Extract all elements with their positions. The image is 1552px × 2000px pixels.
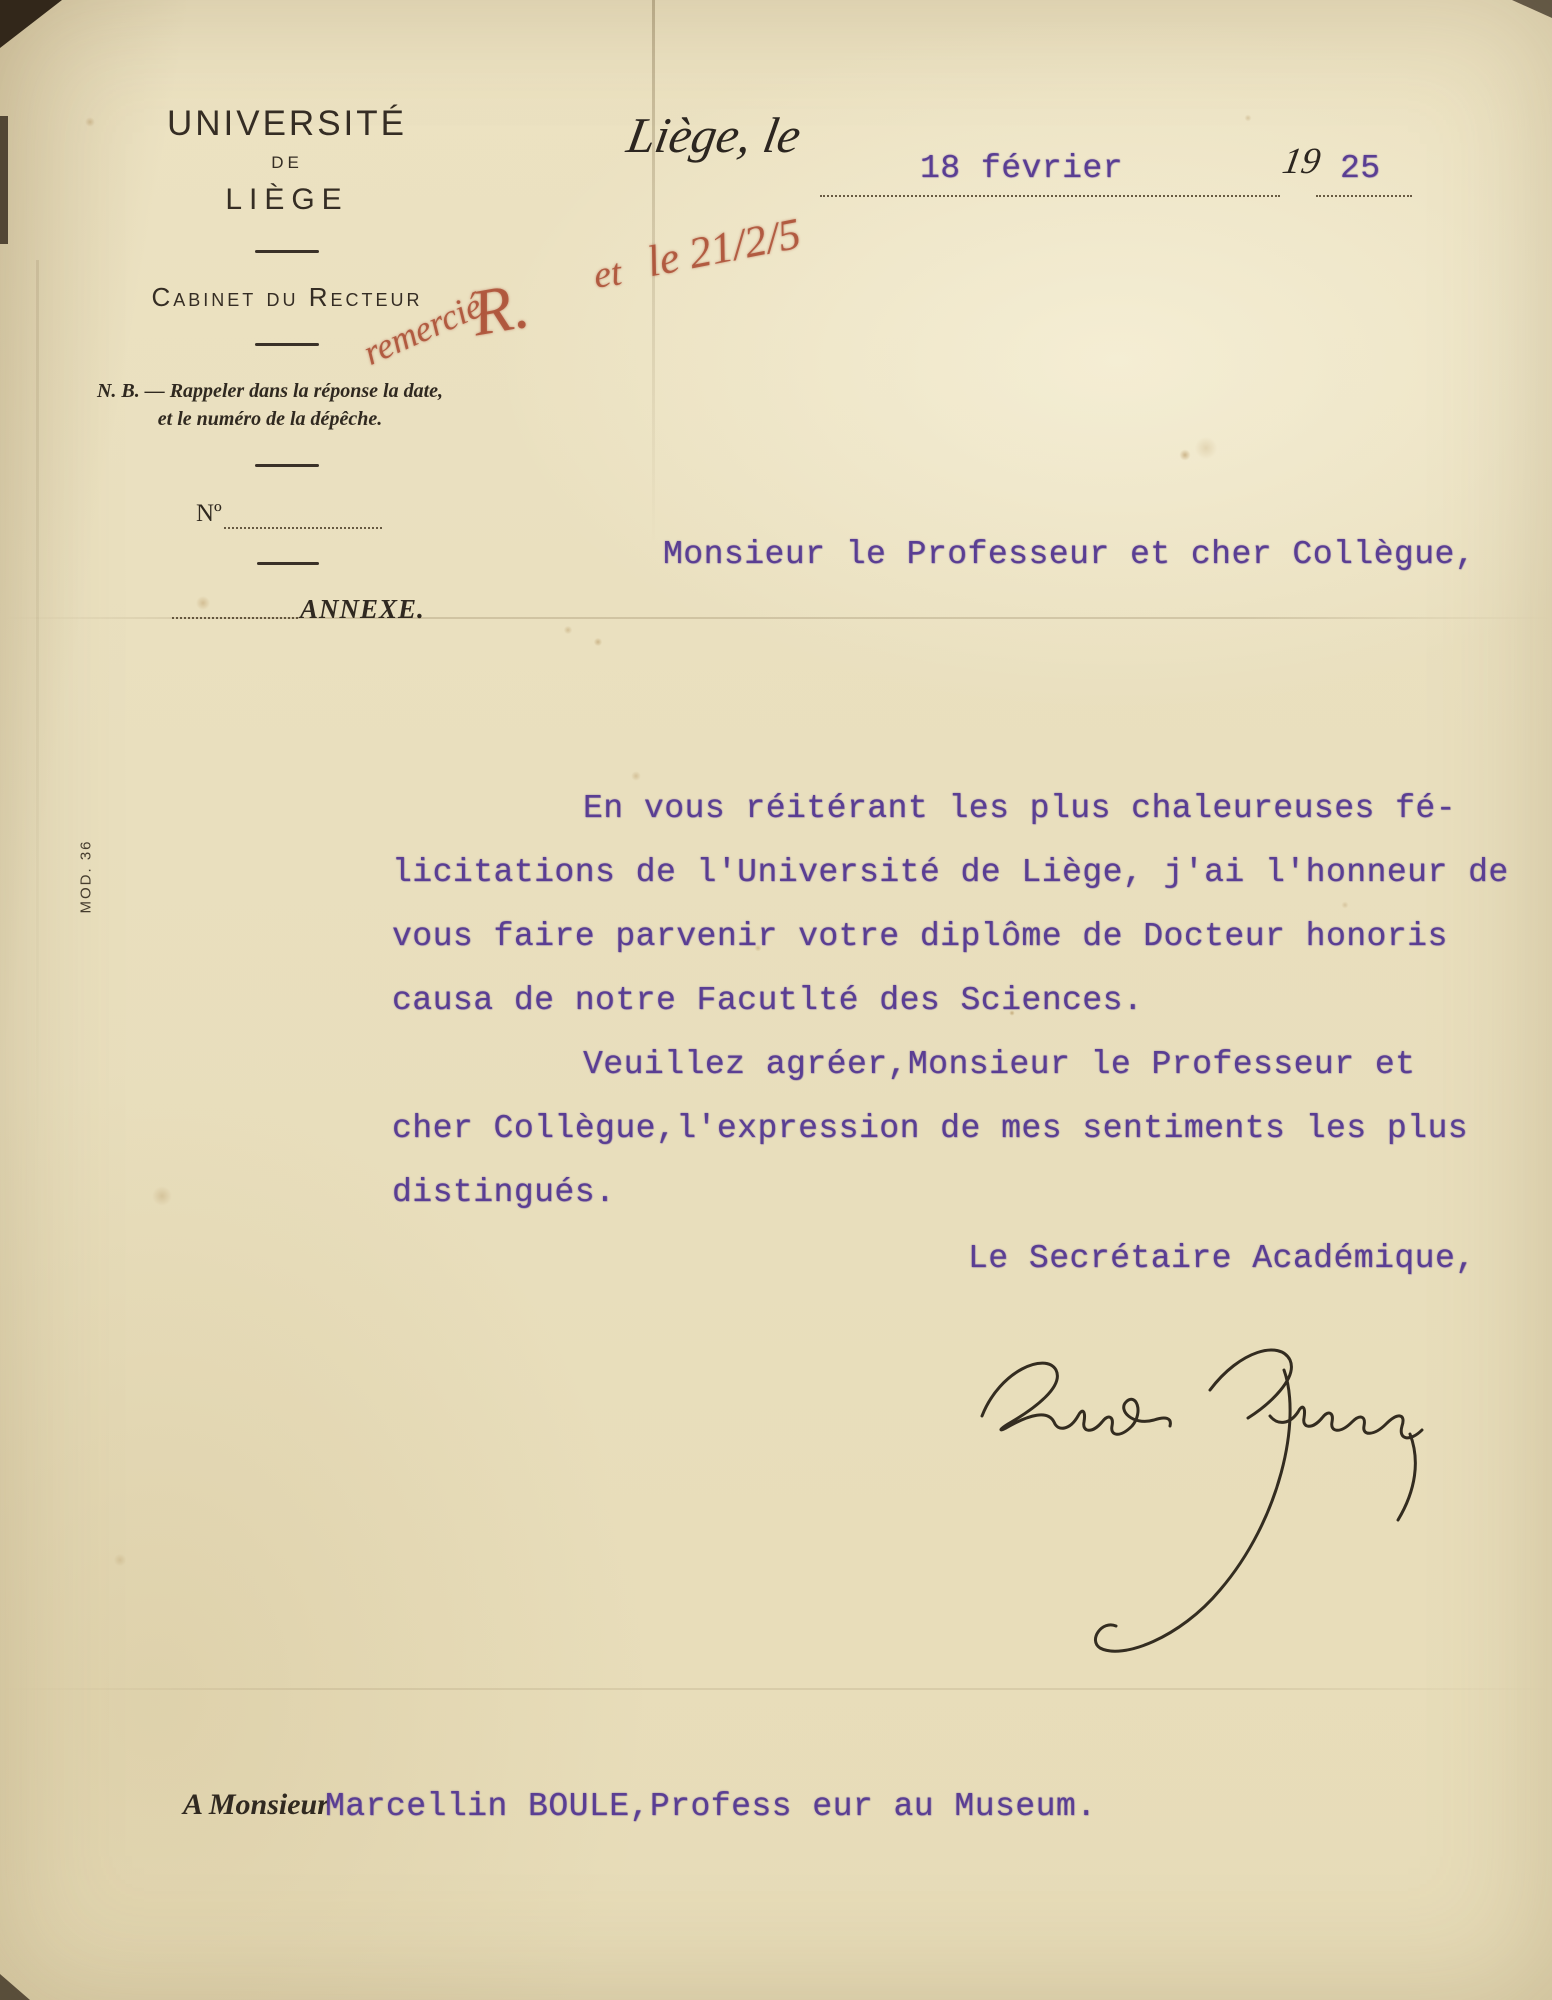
cabinet-du-recteur: Cabinet du Recteur (120, 282, 454, 313)
letterhead-rule-2 (255, 343, 319, 346)
body-line-2: licitations de l'Université de Liège, j'… (392, 856, 1509, 889)
university-name-line1: UNIVERSITÉ (130, 104, 444, 144)
addressee-typed: Marcellin BOULE,Profess eur au Museum. (325, 1790, 1097, 1823)
body-line-3: vous faire parvenir votre diplôme de Doc… (392, 920, 1448, 953)
document-number-leader (224, 526, 382, 529)
closing-title: Le Secrétaire Académique, (968, 1242, 1476, 1275)
annexe-label: ANNEXE. (300, 594, 425, 625)
typed-date: 18 février (920, 152, 1123, 185)
salutation: Monsieur le Professeur et cher Collègue, (663, 538, 1475, 571)
document-number-label: Nº (196, 500, 222, 528)
nb-note-line2: et le numéro de la dépêche. (60, 408, 480, 431)
body-line-7: distingués. (392, 1176, 615, 1209)
annexe-leader (172, 616, 298, 619)
date-leader (820, 194, 1280, 197)
body-line-1: En vous réitérant les plus chaleureuses … (583, 792, 1456, 825)
letterhead-rule-3 (255, 464, 319, 467)
body-line-5: Veuillez agréer,Monsieur le Professeur e… (583, 1048, 1415, 1081)
typed-year: 25 (1340, 152, 1381, 185)
mod-number: MOD. 36 (78, 827, 95, 927)
university-name-line2: DE (130, 153, 444, 173)
body-line-4: causa de notre Facutlté des Sciences. (392, 984, 1143, 1017)
year-leader (1316, 194, 1412, 197)
body-line-6: cher Collègue,l'expression de mes sentim… (392, 1112, 1468, 1145)
letter-scan: UNIVERSITÉ DE LIÈGE Cabinet du Recteur N… (0, 0, 1552, 2000)
printed-year-century: 19 (1279, 140, 1324, 183)
letterhead-rule-4 (257, 562, 319, 565)
signature-handwriting (850, 1330, 1470, 1690)
annotation-et: et (591, 250, 624, 297)
addressee-printed-prefix: A Monsieur (183, 1788, 329, 1822)
letterhead-rule-1 (255, 250, 319, 253)
printed-city-date: Liège, le (623, 106, 805, 164)
nb-note-line1: N. B. — Rappeler dans la réponse la date… (60, 380, 480, 403)
university-name-line3: LIÈGE (130, 183, 444, 217)
